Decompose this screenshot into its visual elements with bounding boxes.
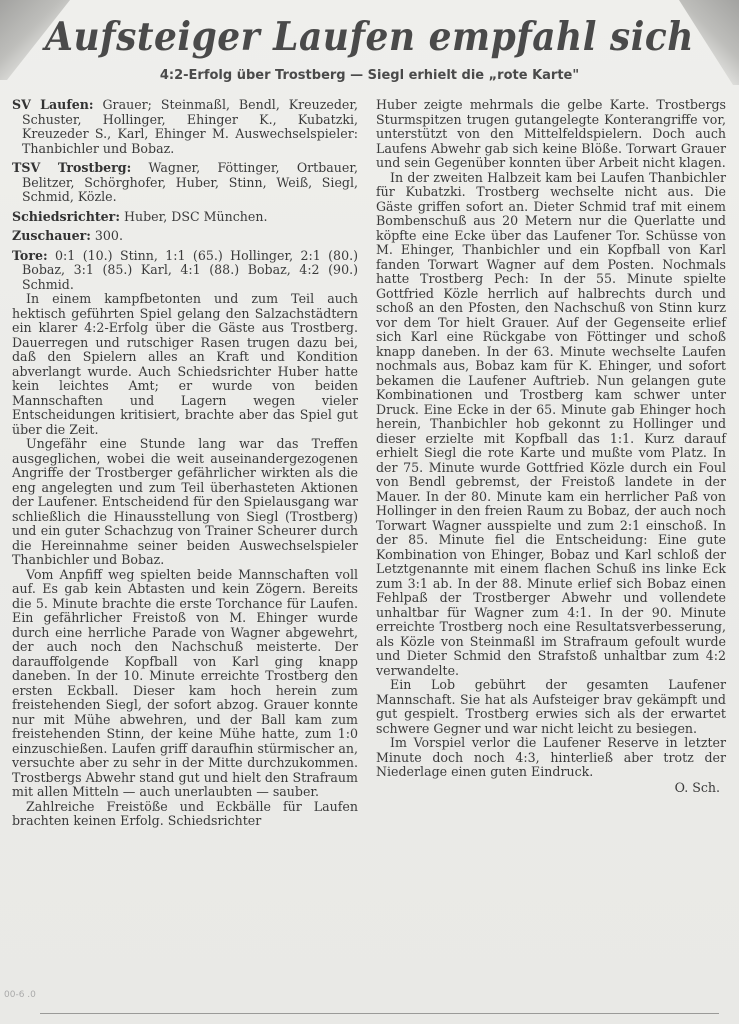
spectators-label: Zuschauer: bbox=[12, 228, 91, 243]
spectators-info: Zuschauer: 300. bbox=[12, 229, 358, 244]
lineup-home: SV Laufen: Grauer; Steinmaßl, Bendl, Kre… bbox=[12, 98, 358, 156]
lineup-away-label: TSV Trostberg: bbox=[12, 160, 131, 175]
goals-label: Tore: bbox=[12, 248, 48, 263]
body-paragraph: In einem kampfbetonten und zum Teil auch… bbox=[12, 292, 358, 437]
goals-info: Tore: 0:1 (10.) Stinn, 1:1 (65.) Holling… bbox=[12, 249, 358, 293]
subheadline: 4:2-Erfolg über Trostberg — Siegl erhiel… bbox=[0, 68, 739, 83]
body-paragraph: Im Vorspiel verlor die Laufener Reserve … bbox=[376, 736, 726, 780]
bottom-rule bbox=[40, 1013, 719, 1014]
body-paragraph: Zahlreiche Freistöße und Eckbälle für La… bbox=[12, 800, 358, 829]
body-paragraph: Ungefähr eine Stunde lang war das Treffe… bbox=[12, 437, 358, 568]
stray-print-mark: 00-6 .0 bbox=[4, 990, 36, 1000]
spectators-text: 300. bbox=[95, 228, 123, 243]
referee-label: Schiedsrichter: bbox=[12, 209, 120, 224]
newspaper-clipping: Aufsteiger Laufen empfahl sich 4:2-Erfol… bbox=[0, 0, 739, 1024]
article-column-right: Huber zeigte mehrmals die gelbe Karte. T… bbox=[376, 98, 726, 795]
body-paragraph: In der zweiten Halbzeit kam bei Laufen T… bbox=[376, 171, 726, 679]
headline: Aufsteiger Laufen empfahl sich bbox=[0, 14, 739, 59]
goals-text: 0:1 (10.) Stinn, 1:1 (65.) Hollinger, 2:… bbox=[22, 248, 358, 292]
body-paragraph: Vom Anpfiff weg spielten beide Mannschaf… bbox=[12, 568, 358, 800]
lineup-home-label: SV Laufen: bbox=[12, 97, 94, 112]
article-column-left: SV Laufen: Grauer; Steinmaßl, Bendl, Kre… bbox=[12, 98, 358, 829]
body-paragraph: Ein Lob gebührt der gesamten Laufener Ma… bbox=[376, 678, 726, 736]
body-paragraph-continued: Huber zeigte mehrmals die gelbe Karte. T… bbox=[376, 98, 726, 171]
lineup-away: TSV Trostberg: Wagner, Föttinger, Ortbau… bbox=[12, 161, 358, 205]
referee-info: Schiedsrichter: Huber, DSC München. bbox=[12, 210, 358, 225]
referee-text: Huber, DSC München. bbox=[124, 209, 267, 224]
author-signature: O. Sch. bbox=[376, 781, 726, 796]
